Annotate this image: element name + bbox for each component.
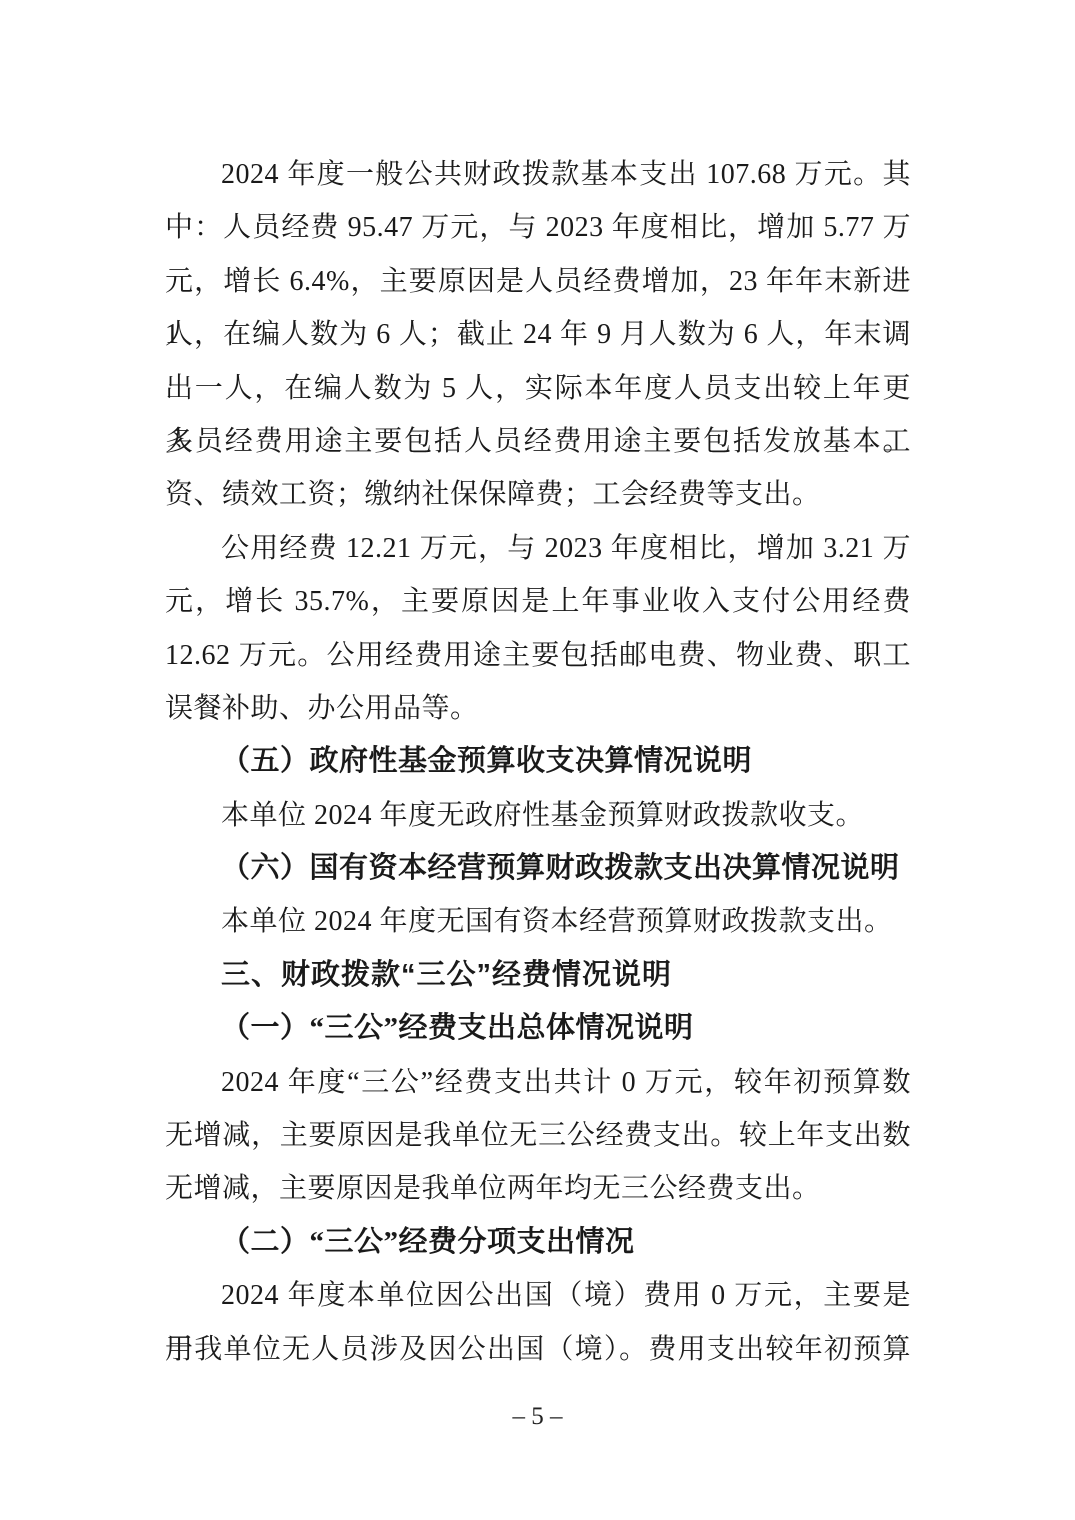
heading-chapter-3: 三、财政拨款“三公”经费情况说明 xyxy=(165,949,911,1002)
para-three-public-overall: 2024 年度“三公”经费支出共计 0 万元，较年初预算数无增减，主要原因是我单… xyxy=(165,1056,911,1216)
text-line: （六）国有资本经营预算财政拨款支出决算情况说明 xyxy=(165,842,911,895)
text-line: 人，在编人数为 6 人；截止 24 年 9 月人数为 6 人，年末调 xyxy=(165,308,911,361)
text-line: （一）“三公”经费支出总体情况说明 xyxy=(165,1002,911,1055)
text-line: 元，增长 35.7%，主要原因是上年事业收入支付公用经费 xyxy=(165,575,911,628)
text-line: 于我单位无人员涉及因公出国（境）。费用支出较年初预算 xyxy=(165,1323,911,1376)
page-number: – 5 – xyxy=(0,1400,1075,1434)
para-state-capital: 本单位 2024 年度无国有资本经营预算财政拨款支出。 xyxy=(165,895,911,948)
heading-section-6: （六）国有资本经营预算财政拨款支出决算情况说明 xyxy=(165,842,911,895)
text-line: 2024 年度“三公”经费支出共计 0 万元，较年初预算数 xyxy=(165,1056,911,1109)
text-line: （二）“三公”经费分项支出情况 xyxy=(165,1216,911,1269)
document-page: 2024 年度一般公共财政拨款基本支出 107.68 万元。其中：人员经费 95… xyxy=(0,0,1075,1520)
para-overseas-travel: 2024 年度本单位因公出国（境）费用 0 万元，主要是用于我单位无人员涉及因公… xyxy=(165,1269,911,1376)
text-line: 人员经费用途主要包括人员经费用途主要包括发放基本工 xyxy=(165,415,911,468)
text-line: 本单位 2024 年度无政府性基金预算财政拨款收支。 xyxy=(165,789,911,842)
heading-section-3-1: （一）“三公”经费支出总体情况说明 xyxy=(165,1002,911,1055)
text-line: 公用经费 12.21 万元，与 2023 年度相比，增加 3.21 万 xyxy=(165,522,911,575)
text-line: 元，增长 6.4%，主要原因是人员经费增加，23 年年末新进 1 xyxy=(165,255,911,308)
text-line: 12.62 万元。公用经费用途主要包括邮电费、物业费、职工 xyxy=(165,629,911,682)
text-line: 2024 年度一般公共财政拨款基本支出 107.68 万元。其 xyxy=(165,148,911,201)
para-government-fund: 本单位 2024 年度无政府性基金预算财政拨款收支。 xyxy=(165,789,911,842)
text-line: 出一人，在编人数为 5 人，实际本年度人员支出较上年更多。 xyxy=(165,362,911,415)
text-line: 2024 年度本单位因公出国（境）费用 0 万元，主要是用 xyxy=(165,1269,911,1322)
text-line: 无增减，主要原因是我单位两年均无三公经费支出。 xyxy=(165,1162,911,1215)
heading-section-5: （五）政府性基金预算收支决算情况说明 xyxy=(165,735,911,788)
text-line: （五）政府性基金预算收支决算情况说明 xyxy=(165,735,911,788)
text-line: 资、绩效工资；缴纳社保保障费；工会经费等支出。 xyxy=(165,468,911,521)
text-line: 三、财政拨款“三公”经费情况说明 xyxy=(165,949,911,1002)
para-general-public-budget-basic-expenditure: 2024 年度一般公共财政拨款基本支出 107.68 万元。其中：人员经费 95… xyxy=(165,148,911,522)
para-public-funds: 公用经费 12.21 万元，与 2023 年度相比，增加 3.21 万元，增长 … xyxy=(165,522,911,736)
text-line: 误餐补助、办公用品等。 xyxy=(165,682,911,735)
text-line: 无增减，主要原因是我单位无三公经费支出。较上年支出数 xyxy=(165,1109,911,1162)
text-line: 中：人员经费 95.47 万元，与 2023 年度相比，增加 5.77 万 xyxy=(165,201,911,254)
heading-section-3-2: （二）“三公”经费分项支出情况 xyxy=(165,1216,911,1269)
document-body: 2024 年度一般公共财政拨款基本支出 107.68 万元。其中：人员经费 95… xyxy=(165,148,911,1376)
text-line: 本单位 2024 年度无国有资本经营预算财政拨款支出。 xyxy=(165,895,911,948)
